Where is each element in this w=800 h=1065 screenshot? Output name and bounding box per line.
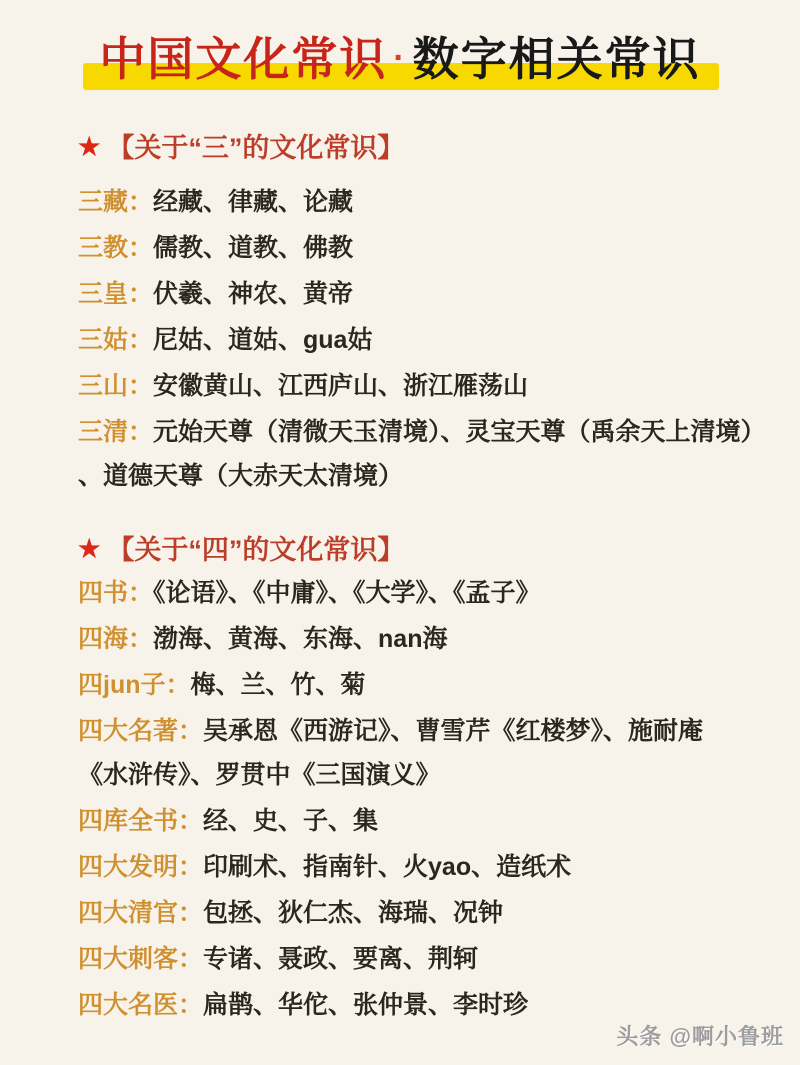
item-label: 三清：: [78, 418, 153, 446]
list-item-sijunzi: 四jun子：梅、兰、竹、菊: [78, 663, 780, 707]
item-label: 四大发明：: [78, 853, 203, 881]
item-text: 经藏、律藏、论藏: [153, 188, 353, 216]
list-item-sihai: 四海：渤海、黄海、东海、nan海: [78, 617, 780, 661]
item-text: 尼姑、道姑、gua姑: [153, 326, 372, 354]
section-heading-text: 【关于“三”的文化常识】: [107, 132, 404, 164]
item-label: 四库全书：: [78, 807, 203, 835]
item-label: 三皇：: [78, 280, 153, 308]
list-item-sidamingzhu: 四大名著：吴承恩《西游记》、曹雪芹《红楼梦》、施耐庵 《水浒传》、罗贯中《三国演…: [78, 709, 780, 797]
item-text: 《论语》、《中庸》、《大学》、《孟子》: [153, 579, 541, 607]
item-label: 三藏：: [78, 188, 153, 216]
page-title: 中国文化常识·数字相关常识: [20, 33, 780, 92]
section-about-three: ★ 【关于“三”的文化常识】 三藏：经藏、律藏、论藏 三教：儒教、道教、佛教 三…: [78, 132, 780, 498]
item-label: 三教：: [78, 234, 153, 262]
item-text: 儒教、道教、佛教: [153, 234, 353, 262]
list-item-sanzang: 三藏：经藏、律藏、论藏: [78, 180, 780, 224]
section-three-heading: ★ 【关于“三”的文化常识】: [78, 132, 780, 164]
list-item-sidacike: 四大刺客：专诸、聂政、要离、荆轲: [78, 937, 780, 981]
watermark: 头条 @啊小鲁班: [616, 1020, 784, 1051]
item-text: 扁鹊、华佗、张仲景、李时珍: [203, 991, 528, 1019]
item-label: 四jun子：: [78, 671, 191, 699]
item-label: 四大清官：: [78, 899, 203, 927]
title-part1: 中国文化常识: [99, 33, 387, 85]
list-item-sikuquanshu: 四库全书：经、史、子、集: [78, 799, 780, 843]
item-label: 四大名著：: [78, 717, 203, 745]
title-inner: 中国文化常识·数字相关常识: [93, 33, 706, 92]
item-label: 三山：: [78, 372, 153, 400]
star-icon: ★: [78, 537, 100, 562]
title-separator-dot: ·: [387, 39, 412, 77]
item-text: 渤海、黄海、东海、nan海: [153, 625, 447, 653]
list-item-sangu: 三姑：尼姑、道姑、gua姑: [78, 318, 780, 362]
section-four-heading: ★ 【关于“四”的文化常识】: [78, 534, 780, 566]
section-heading-text: 【关于“四”的文化常识】: [107, 534, 404, 566]
list-item-sidaqingguan: 四大清官：包拯、狄仁杰、海瑞、况钟: [78, 891, 780, 935]
item-text: 元始天尊（清微天玉清境）、灵宝天尊（禹余天上清境） 、道德天尊（大赤天太清境）: [78, 418, 766, 490]
item-text: 专诸、聂政、要离、荆轲: [203, 945, 478, 973]
list-item-sidafaming: 四大发明：印刷术、指南针、火yao、造纸术: [78, 845, 780, 889]
title-part2: 数字相关常识: [413, 33, 701, 85]
star-icon: ★: [78, 135, 100, 160]
item-text: 伏羲、神农、黄帝: [153, 280, 353, 308]
item-label: 三姑：: [78, 326, 153, 354]
item-text: 印刷术、指南针、火yao、造纸术: [203, 853, 571, 881]
item-label: 四书：: [78, 579, 153, 607]
list-item-sanhuang: 三皇：伏羲、神农、黄帝: [78, 272, 780, 316]
list-item-sishu: 四书：《论语》、《中庸》、《大学》、《孟子》: [78, 571, 780, 615]
item-label: 四海：: [78, 625, 153, 653]
item-label: 四大名医：: [78, 991, 203, 1019]
section-about-four: ★ 【关于“四”的文化常识】 四书：《论语》、《中庸》、《大学》、《孟子》 四海…: [78, 534, 780, 1027]
list-item-sanjiao: 三教：儒教、道教、佛教: [78, 226, 780, 270]
item-text: 包拯、狄仁杰、海瑞、况钟: [203, 899, 503, 927]
item-label: 四大刺客：: [78, 945, 203, 973]
list-item-sanshan: 三山：安徽黄山、江西庐山、浙江雁荡山: [78, 364, 780, 408]
item-text: 经、史、子、集: [203, 807, 378, 835]
list-item-sanqing: 三清：元始天尊（清微天玉清境）、灵宝天尊（禹余天上清境） 、道德天尊（大赤天太清…: [78, 410, 780, 498]
infographic-page: 中国文化常识·数字相关常识 ★ 【关于“三”的文化常识】 三藏：经藏、律藏、论藏…: [0, 0, 800, 1065]
item-text: 安徽黄山、江西庐山、浙江雁荡山: [153, 372, 528, 400]
item-text: 梅、兰、竹、菊: [191, 671, 366, 699]
